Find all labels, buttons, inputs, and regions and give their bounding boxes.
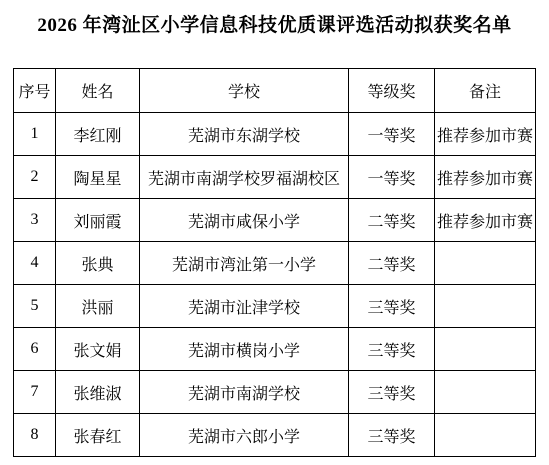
page-title: 2026 年湾沚区小学信息科技优质课评选活动拟获奖名单 <box>0 10 549 37</box>
cell-name: 刘丽霞 <box>56 199 140 242</box>
cell-award: 一等奖 <box>349 156 435 199</box>
cell-note: 推荐参加市赛 <box>435 199 536 242</box>
table-row: 7 张维淑 芜湖市南湖学校 三等奖 <box>14 371 536 414</box>
cell-note <box>435 285 536 328</box>
award-table: 序号 姓名 学校 等级奖 备注 1 李红刚 芜湖市东湖学校 一等奖 推荐参加市赛… <box>13 68 536 457</box>
cell-no: 5 <box>14 285 56 328</box>
table-row: 1 李红刚 芜湖市东湖学校 一等奖 推荐参加市赛 <box>14 113 536 156</box>
cell-name: 李红刚 <box>56 113 140 156</box>
table-row: 4 张典 芜湖市湾沚第一小学 二等奖 <box>14 242 536 285</box>
cell-no: 7 <box>14 371 56 414</box>
cell-school: 芜湖市南湖学校罗福湖校区 <box>140 156 349 199</box>
cell-no: 8 <box>14 414 56 457</box>
column-header-award: 等级奖 <box>349 69 435 113</box>
cell-name: 陶星星 <box>56 156 140 199</box>
cell-no: 2 <box>14 156 56 199</box>
cell-school: 芜湖市横岗小学 <box>140 328 349 371</box>
cell-award: 三等奖 <box>349 285 435 328</box>
cell-no: 3 <box>14 199 56 242</box>
table-row: 5 洪丽 芜湖市沚津学校 三等奖 <box>14 285 536 328</box>
cell-name: 洪丽 <box>56 285 140 328</box>
cell-note: 推荐参加市赛 <box>435 156 536 199</box>
cell-school: 芜湖市沚津学校 <box>140 285 349 328</box>
cell-award: 二等奖 <box>349 199 435 242</box>
cell-no: 4 <box>14 242 56 285</box>
column-header-name: 姓名 <box>56 69 140 113</box>
cell-name: 张维淑 <box>56 371 140 414</box>
cell-school: 芜湖市湾沚第一小学 <box>140 242 349 285</box>
cell-school: 芜湖市六郎小学 <box>140 414 349 457</box>
cell-school: 芜湖市咸保小学 <box>140 199 349 242</box>
column-header-note: 备注 <box>435 69 536 113</box>
table-header-row: 序号 姓名 学校 等级奖 备注 <box>14 69 536 113</box>
cell-no: 1 <box>14 113 56 156</box>
table-row: 2 陶星星 芜湖市南湖学校罗福湖校区 一等奖 推荐参加市赛 <box>14 156 536 199</box>
cell-note: 推荐参加市赛 <box>435 113 536 156</box>
table-row: 6 张文娟 芜湖市横岗小学 三等奖 <box>14 328 536 371</box>
column-header-no: 序号 <box>14 69 56 113</box>
cell-award: 三等奖 <box>349 328 435 371</box>
cell-name: 张典 <box>56 242 140 285</box>
cell-no: 6 <box>14 328 56 371</box>
cell-note <box>435 242 536 285</box>
cell-award: 二等奖 <box>349 242 435 285</box>
column-header-school: 学校 <box>140 69 349 113</box>
table-row: 8 张春红 芜湖市六郎小学 三等奖 <box>14 414 536 457</box>
cell-school: 芜湖市南湖学校 <box>140 371 349 414</box>
cell-school: 芜湖市东湖学校 <box>140 113 349 156</box>
cell-name: 张文娟 <box>56 328 140 371</box>
cell-note <box>435 414 536 457</box>
cell-award: 三等奖 <box>349 414 435 457</box>
cell-award: 一等奖 <box>349 113 435 156</box>
table-body: 1 李红刚 芜湖市东湖学校 一等奖 推荐参加市赛 2 陶星星 芜湖市南湖学校罗福… <box>14 113 536 457</box>
cell-award: 三等奖 <box>349 371 435 414</box>
table-row: 3 刘丽霞 芜湖市咸保小学 二等奖 推荐参加市赛 <box>14 199 536 242</box>
cell-note <box>435 371 536 414</box>
cell-note <box>435 328 536 371</box>
cell-name: 张春红 <box>56 414 140 457</box>
